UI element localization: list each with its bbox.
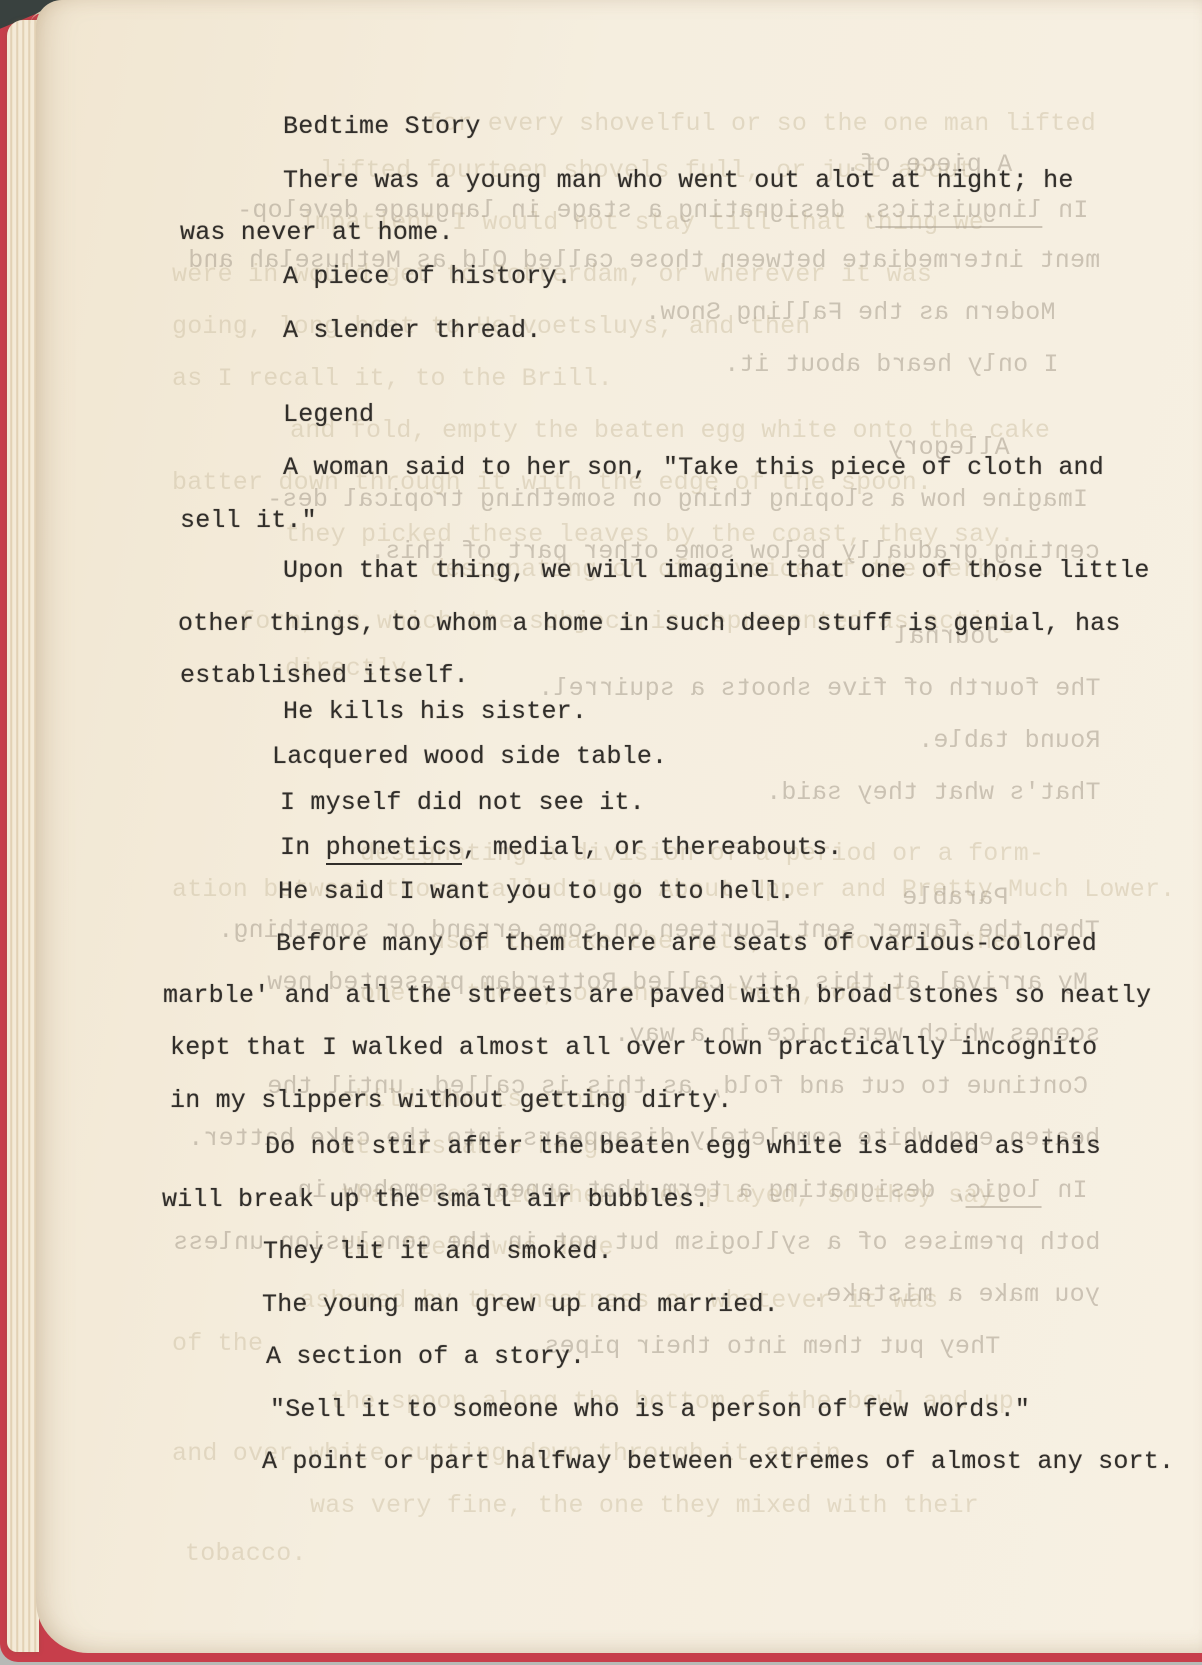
book-page-paper xyxy=(36,0,1202,1653)
page-stack-edges xyxy=(7,20,39,1652)
book-page-photo: for every shovelful or so the one man li… xyxy=(0,0,1202,1665)
